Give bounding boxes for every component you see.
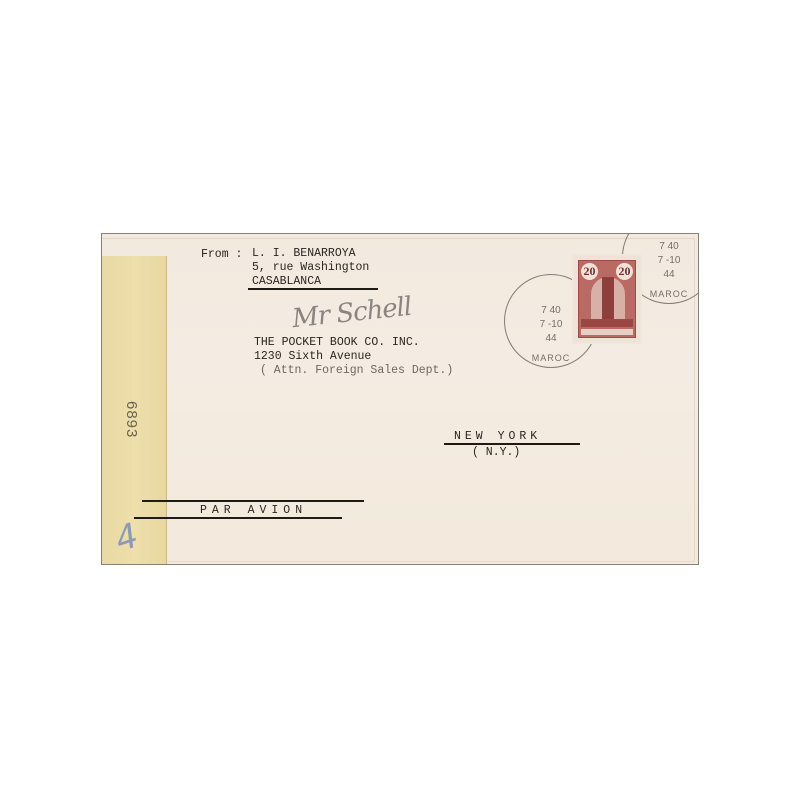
stamp-value-right: 20	[616, 263, 633, 280]
recipient-attention: ( Attn. Foreign Sales Dept.)	[260, 364, 453, 377]
city-underline	[444, 443, 580, 445]
envelope: 6893 4 From : L. I. BENARROYA 5, rue Was…	[101, 233, 699, 565]
airmail-line-bottom	[134, 517, 342, 519]
censor-number: 6893	[123, 401, 140, 438]
stamp-value-left: 20	[581, 263, 598, 280]
postmark-country: MAROC	[505, 353, 597, 363]
recipient-street: 1230 Sixth Avenue	[254, 350, 371, 363]
sender-name: L. I. BENARROYA	[252, 247, 356, 260]
postage-stamp: 20 20	[574, 256, 640, 342]
postmark-time: 7 40	[623, 241, 699, 252]
sender-label: From :	[201, 248, 242, 261]
airmail-line-top	[142, 500, 364, 502]
recipient-city: NEW YORK	[454, 430, 541, 443]
stamp-caption-band	[581, 329, 633, 335]
recipient-company: THE POCKET BOOK CO. INC.	[254, 336, 420, 349]
sender-street: 5, rue Washington	[252, 261, 369, 274]
sender-underline	[248, 288, 378, 290]
sender-city: CASABLANCA	[252, 275, 321, 288]
stamp-base	[581, 319, 633, 327]
pencil-mark: 4	[110, 516, 143, 561]
stamp-design: 20 20	[578, 260, 636, 338]
recipient-state: ( N.Y.)	[472, 446, 520, 459]
airmail-label: PAR AVION	[200, 504, 307, 517]
tower-icon	[602, 277, 614, 325]
